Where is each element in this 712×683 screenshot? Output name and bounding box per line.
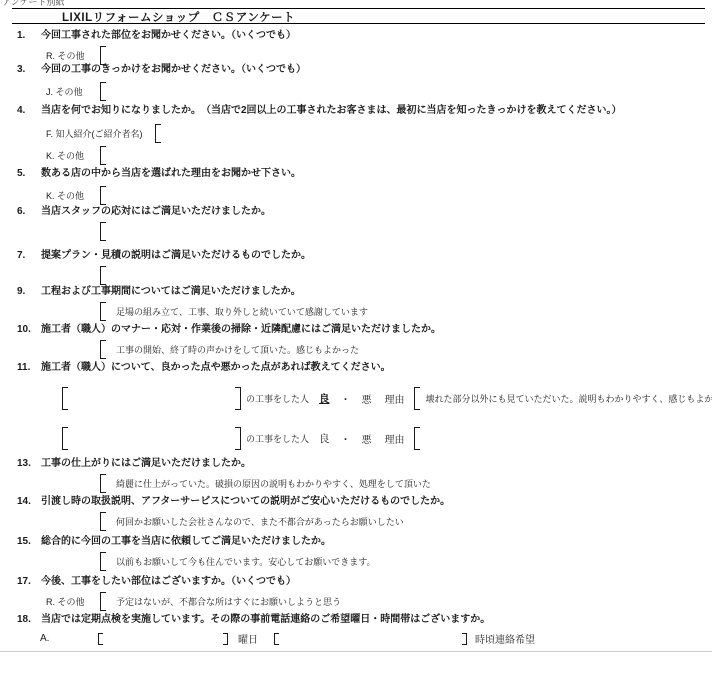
question-number: 4. xyxy=(17,104,41,117)
open-bracket-icon xyxy=(100,592,106,611)
answer-line-q10: 工事の開始、終了時の声かけをして頂いた。感じもよかった xyxy=(100,338,359,360)
answer-comment: 綺麗に仕上がっていた。破損の原因の説明もわかりやすく、処理をして頂いた xyxy=(116,477,431,490)
questionnaire-page: アンケート別紙 LIXILリフォームショップ ＣＳアンケート 1. 今回工事され… xyxy=(0,0,712,683)
open-bracket-icon xyxy=(100,222,106,241)
answer-comment: 足場の組み立て、工事、取り外しと続いていて感謝しています xyxy=(116,305,368,318)
question-6: 6. 当店スタッフの応対にはご満足いただけましたか。 xyxy=(17,205,271,218)
question-text: 今後、工事をしたい部位はございますか。（いくつでも） xyxy=(41,575,296,588)
option-label: R. その他 xyxy=(46,49,88,62)
worker-label: の工事をした人 xyxy=(246,392,309,405)
contact-preference-row: A. 曜日 時頃連絡希望 xyxy=(40,631,535,646)
corner-note-text: アンケート別紙 xyxy=(2,0,64,6)
question-number: 6. xyxy=(17,205,41,218)
open-bracket-icon xyxy=(98,633,103,645)
rating-bad: 悪 xyxy=(362,391,372,406)
question-9: 9. 工程および工事期間についてはご満足いただけましたか。 xyxy=(17,285,301,298)
question-15: 15. 総合的に今回の工事を当店に依頼してご満足いただけましたか。 xyxy=(17,535,331,548)
answer-line-q17-other: R. その他 予定はないが、不都合な所はすぐにお願いしようと思う xyxy=(46,590,341,612)
reason-comment: 壊れた部分以外にも見ていただいた。説明もわかりやすく、感じもよかった xyxy=(426,392,712,405)
open-bracket-icon xyxy=(100,302,106,321)
question-number: 13. xyxy=(17,457,41,470)
open-bracket-icon xyxy=(414,427,420,450)
question-text: 工程および工事期間についてはご満足いただけましたか。 xyxy=(41,285,301,298)
question-text: 今回工事された部位をお聞かせください。（いくつでも） xyxy=(41,29,296,42)
close-bracket-icon xyxy=(223,633,228,645)
question-number: 18. xyxy=(17,613,41,626)
question-text: 施工者（職人）のマナー・応対・作業後の掃除・近隣配慮にはご満足いただけましたか。 xyxy=(41,323,441,336)
open-bracket-icon xyxy=(100,146,106,165)
answer-comment: 何回かお願いした会社さんなので、また不都合があったらお願いしたい xyxy=(116,515,404,528)
time-label: 時頃連絡希望 xyxy=(475,631,535,646)
question-number: 17. xyxy=(17,575,41,588)
open-bracket-icon xyxy=(100,82,106,101)
open-bracket-icon xyxy=(100,340,106,359)
question-text: 当店スタッフの応対にはご満足いただけましたか。 xyxy=(41,205,271,218)
answer-line-q14: 何回かお願いした会社さんなので、また不都合があったらお願いしたい xyxy=(100,510,404,532)
question-1: 1. 今回工事された部位をお聞かせください。（いくつでも） xyxy=(17,29,296,42)
answer-line-q3-other: J. その他 xyxy=(46,80,106,102)
option-label: A. xyxy=(40,633,98,644)
open-bracket-icon xyxy=(274,633,279,645)
rating-bad: 悪 xyxy=(362,431,372,446)
answer-comment: 以前もお願いして今も住んでいます。安心してお願いできます。 xyxy=(116,555,376,568)
question-18: 18. 当店では定期点検を実施しています。その際の事前電話連絡のご希望曜日・時間… xyxy=(17,613,490,626)
question-number: 1. xyxy=(17,29,41,42)
rating-separator: ・ xyxy=(341,431,351,446)
question-text: 数ある店の中から当店を選ばれた理由をお聞かせ下さい。 xyxy=(41,167,301,180)
option-label: K. その他 xyxy=(46,189,88,202)
question-text: 施工者（職人）について、良かった点や悪かった点があれば教えてください。 xyxy=(41,361,391,374)
question-number: 9. xyxy=(17,285,41,298)
question-text: 工事の仕上がりにはご満足いただけましたか。 xyxy=(41,457,251,470)
question-11: 11. 施工者（職人）について、良かった点や悪かった点があれば教えてください。 xyxy=(17,361,391,374)
open-bracket-icon xyxy=(100,46,106,65)
question-7: 7. 提案プラン・見積の説明はご満足いただけるものでしたか。 xyxy=(17,249,311,262)
open-bracket-icon xyxy=(62,427,68,450)
question-text: 提案プラン・見積の説明はご満足いただけるものでしたか。 xyxy=(41,249,311,262)
answer-line-q5-other: K. その他 xyxy=(46,184,106,206)
question-10: 10. 施工者（職人）のマナー・応対・作業後の掃除・近隣配慮にはご満足いただけま… xyxy=(17,323,441,336)
answer-comment: 予定はないが、不都合な所はすぐにお願いしようと思う xyxy=(116,595,341,608)
day-label: 曜日 xyxy=(238,631,258,646)
reason-label: 理由 xyxy=(385,431,405,446)
question-text: 今回の工事のきっかけをお聞かせください。（いくつでも） xyxy=(41,63,306,76)
answer-line-q9: 足場の組み立て、工事、取り外しと続いていて感謝しています xyxy=(100,300,368,322)
answer-line-q7 xyxy=(100,264,106,286)
answer-comment: 工事の開始、終了時の声かけをして頂いた。感じもよかった xyxy=(116,343,359,356)
answer-line-q6 xyxy=(100,220,106,242)
option-label: J. その他 xyxy=(46,85,88,98)
question-text: 当店では定期点検を実施しています。その際の事前電話連絡のご希望曜日・時間帯はござ… xyxy=(41,613,490,626)
open-bracket-icon xyxy=(155,124,161,143)
question-5: 5. 数ある店の中から当店を選ばれた理由をお聞かせ下さい。 xyxy=(17,167,301,180)
question-number: 3. xyxy=(17,63,41,76)
question-number: 15. xyxy=(17,535,41,548)
question-13: 13. 工事の仕上がりにはご満足いただけましたか。 xyxy=(17,457,251,470)
answer-line-q13: 綺麗に仕上がっていた。破損の原因の説明もわかりやすく、処理をして頂いた xyxy=(100,472,431,494)
question-4: 4. 当店を何でお知りになりましたか。 （当店で2回以上の工事されたお客さまは、… xyxy=(17,104,622,117)
open-bracket-icon xyxy=(414,387,420,410)
close-bracket-icon xyxy=(235,427,241,450)
close-bracket-icon xyxy=(462,633,467,645)
question-number: 14. xyxy=(17,495,41,508)
question-3: 3. 今回の工事のきっかけをお聞かせください。（いくつでも） xyxy=(17,63,306,76)
question-number: 11. xyxy=(17,361,41,374)
answer-line-q15: 以前もお願いして今も住んでいます。安心してお願いできます。 xyxy=(100,550,376,572)
worker-evaluation-row-2: の工事をした人 良 ・ 悪 理由 xyxy=(62,427,426,450)
answer-line-q4-referral: F. 知人紹介(ご紹介者名) xyxy=(46,122,161,144)
header-rule-bottom xyxy=(12,23,705,24)
question-text: 総合的に今回の工事を当店に依頼してご満足いただけましたか。 xyxy=(41,535,331,548)
open-bracket-icon xyxy=(100,186,106,205)
footer-rule xyxy=(0,651,712,652)
worker-label: の工事をした人 xyxy=(246,432,309,445)
open-bracket-icon xyxy=(62,387,68,410)
open-bracket-icon xyxy=(100,552,106,571)
close-bracket-icon xyxy=(235,387,241,410)
question-number: 7. xyxy=(17,249,41,262)
open-bracket-icon xyxy=(100,266,106,285)
open-bracket-icon xyxy=(100,474,106,493)
option-label: F. 知人紹介(ご紹介者名) xyxy=(46,127,143,140)
rating-good: 良 xyxy=(319,431,330,446)
option-label: K. その他 xyxy=(46,149,88,162)
corner-note-clipped: アンケート別紙 xyxy=(2,0,64,6)
question-14: 14. 引渡し時の取扱説明、アフターサービスについての説明がご安心いただけるもの… xyxy=(17,495,450,508)
rating-separator: ・ xyxy=(341,391,351,406)
worker-evaluation-row-1: の工事をした人 良 ・ 悪 理由 壊れた部分以外にも見ていただいた。説明もわかり… xyxy=(62,387,712,410)
question-text: 引渡し時の取扱説明、アフターサービスについての説明がご安心いただけるものでしたか… xyxy=(41,495,450,508)
reason-label: 理由 xyxy=(385,391,405,406)
rating-good-selected: 良 xyxy=(319,391,330,406)
option-label: R. その他 xyxy=(46,595,88,608)
answer-line-q4-other: K. その他 xyxy=(46,144,106,166)
question-text: 当店を何でお知りになりましたか。 （当店で2回以上の工事されたお客さまは、最初に… xyxy=(41,104,622,117)
question-number: 5. xyxy=(17,167,41,180)
question-17: 17. 今後、工事をしたい部位はございますか。（いくつでも） xyxy=(17,575,296,588)
open-bracket-icon xyxy=(100,512,106,531)
question-number: 10. xyxy=(17,323,41,336)
